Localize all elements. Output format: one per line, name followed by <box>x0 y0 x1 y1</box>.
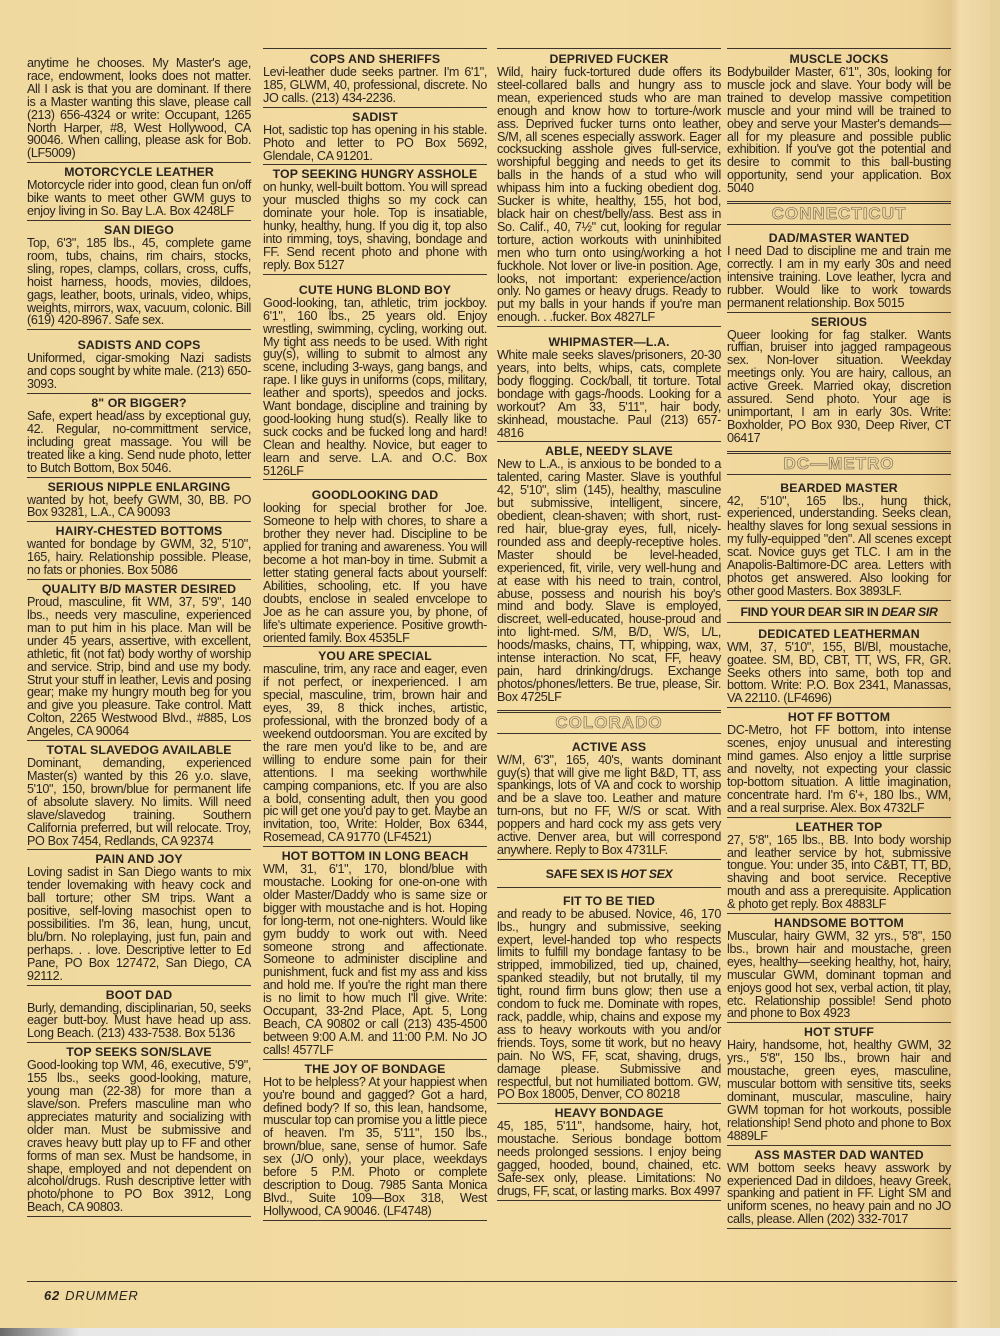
ad-title: ACTIVE ASS <box>497 741 721 754</box>
classified-ad: ACTIVE ASS W/M, 6'3", 165, 40's, wants d… <box>497 740 721 860</box>
promo-banner: SAFE SEX IS HOT SEX <box>497 862 721 888</box>
ad-body: WM bottom seeks heavy asswork by experie… <box>727 1162 951 1227</box>
classified-ad: 8" OR BIGGER? Safe, expert head/ass by e… <box>27 396 251 478</box>
ad-body: masculine, trim, any race and eager, eve… <box>263 663 487 844</box>
ad-body: Good-looking, tan, athletic, trim jockbo… <box>263 297 487 478</box>
classified-ad: HOT STUFF Hairy, handsome, hot, healthy … <box>727 1025 951 1145</box>
section-header-colorado: COLORADO <box>497 710 721 734</box>
ad-body: Hot, sadistic top has opening in his sta… <box>263 124 487 163</box>
ad-body: Queer looking for fag stalker. Wants ruf… <box>727 329 951 445</box>
classified-ad: TOP SEEKING HUNGRY ASSHOLE on hunky, wel… <box>263 167 487 274</box>
classified-ad: ASS MASTER DAD WANTED WM bottom seeks he… <box>727 1148 951 1230</box>
ad-body: 42, 5'10", 165 lbs., hung thick, experie… <box>727 495 951 598</box>
section-title: DC—METRO <box>784 454 895 473</box>
ad-body: Uniformed, cigar-smoking Nazi sadists an… <box>27 352 251 391</box>
ad-body: on hunky, well-built bottom. You will sp… <box>263 181 487 271</box>
classified-ad: QUALITY B/D MASTER DESIRED Proud, mascul… <box>27 582 251 741</box>
ad-body: Top, 6'3", 185 lbs., 45, complete game r… <box>27 237 251 327</box>
ad-body: DC-Metro, hot FF bottom, into intense sc… <box>727 724 951 814</box>
classified-ad: SADIST Hot, sadistic top has opening in … <box>263 110 487 166</box>
ad-body: W/M, 6'3", 165, 40's, wants dominant guy… <box>497 754 721 857</box>
ad-title: SERIOUS <box>727 316 951 329</box>
ad-title: LEATHER TOP <box>727 821 951 834</box>
promo-prefix: SAFE SEX IS <box>546 867 621 881</box>
ad-title: BOOT DAD <box>27 989 251 1002</box>
classified-ad: THE JOY OF BONDAGE Hot to be helpless? A… <box>263 1062 487 1221</box>
classified-ad: anytime he chooses. My Master's age, rac… <box>27 56 251 163</box>
ad-title: BEARDED MASTER <box>727 482 951 495</box>
section-title: COLORADO <box>555 713 662 732</box>
ad-body: Dominant, demanding, experienced Master(… <box>27 757 251 847</box>
ad-title: DEDICATED LEATHERMAN <box>727 628 951 641</box>
classified-ad: DEPRIVED FUCKER Wild, hairy fuck-torture… <box>497 52 721 327</box>
classified-ad: LEATHER TOP 27, 5'8", 165 lbs., BB. Into… <box>727 820 951 914</box>
classified-ad: SERIOUS NIPPLE ENLARGING wanted by hot, … <box>27 480 251 523</box>
classified-ad: HOT BOTTOM IN LONG BEACH WM, 31, 6'1", 1… <box>263 849 487 1060</box>
section-title: CONNECTICUT <box>772 204 907 223</box>
ad-body: 27, 5'8", 165 lbs., BB. Into body worshi… <box>727 834 951 911</box>
promo-prefix: FIND YOUR DEAR SIR IN <box>741 605 882 619</box>
classified-ad: TOTAL SLAVEDOG AVAILABLE Dominant, deman… <box>27 743 251 850</box>
classified-ad: WHIPMASTER—L.A. White male seeks slaves/… <box>497 335 721 442</box>
classified-ad: HAIRY-CHESTED BOTTOMS wanted for bondage… <box>27 524 251 580</box>
ad-body: Muscular, hairy GWM, 32 yrs., 5'8", 150 … <box>727 930 951 1020</box>
classified-ad: CUTE HUNG BLOND BOY Good-looking, tan, a… <box>263 283 487 481</box>
classified-ad: MOTORCYCLE LEATHER Motorcycle rider into… <box>27 165 251 221</box>
ad-body: looking for special brother for Joe. Som… <box>263 502 487 644</box>
ad-body: wanted by hot, beefy GWM, 30, BB. PO Box… <box>27 494 251 520</box>
classified-ad: HEAVY BONDAGE 45, 185, 5'11", handsome, … <box>497 1106 721 1200</box>
classified-ad: SAN DIEGO Top, 6'3", 185 lbs., 45, compl… <box>27 223 251 330</box>
ad-body: anytime he chooses. My Master's age, rac… <box>27 57 251 160</box>
classified-ad: HANDSOME BOTTOM Muscular, hairy GWM, 32 … <box>727 916 951 1023</box>
classified-ad: DAD/MASTER WANTED I need Dad to discipli… <box>727 231 951 313</box>
divider <box>727 48 951 49</box>
ad-body: WM, 31, 6'1", 170, blond/blue with moust… <box>263 863 487 1057</box>
classified-ad: COPS AND SHERIFFS Levi-leather dude seek… <box>263 52 487 108</box>
scan-edge <box>0 1328 1000 1336</box>
footer-divider <box>27 1281 957 1282</box>
ad-body: New to L.A., is anxious to be bonded to … <box>497 458 721 703</box>
classified-ad: TOP SEEKS SON/SLAVE Good-looking top WM,… <box>27 1045 251 1217</box>
ad-title: CUTE HUNG BLOND BOY <box>263 284 487 297</box>
classified-ad: MUSCLE JOCKS Bodybuilder Master, 6'1", 3… <box>727 52 951 197</box>
ad-body: Loving sadist in San Diego wants to mix … <box>27 866 251 982</box>
ad-title: FIT TO BE TIED <box>497 895 721 908</box>
classified-ad: HOT FF BOTTOM DC-Metro, hot FF bottom, i… <box>727 710 951 817</box>
section-header-dc-metro: DC—METRO <box>727 451 951 475</box>
ad-body: and ready to be abused. Novice, 46, 170 … <box>497 908 721 1102</box>
ad-title: SADIST <box>263 111 487 124</box>
ad-body: WM, 37, 5'10", 155, Bl/Bl, moustache, go… <box>727 641 951 706</box>
classified-ad: ABLE, NEEDY SLAVE New to L.A., is anxiou… <box>497 444 721 705</box>
ad-body: Wild, hairy fuck-tortured dude offers it… <box>497 66 721 324</box>
publication-name: DRUMMER <box>65 1288 138 1303</box>
classified-ad: DEDICATED LEATHERMAN WM, 37, 5'10", 155,… <box>727 627 951 709</box>
ad-body: Proud, masculine, fit WM, 37, 5'9", 140 … <box>27 596 251 738</box>
ad-body: I need Dad to discipline me and train me… <box>727 245 951 310</box>
divider <box>497 48 721 49</box>
column-3: DEPRIVED FUCKER Wild, hairy fuck-torture… <box>497 48 721 1203</box>
ad-body: 45, 185, 5'11", handsome, hairy, hot, mo… <box>497 1120 721 1197</box>
ad-body: Hot to be helpless? At your happiest whe… <box>263 1076 487 1218</box>
ad-body: Hairy, handsome, hot, healthy GWM, 32 yr… <box>727 1039 951 1142</box>
ad-body: Safe, expert head/ass by exceptional guy… <box>27 410 251 475</box>
classified-ad: BOOT DAD Burly, demanding, disciplinaria… <box>27 988 251 1044</box>
promo-emphasis: DEAR SIR <box>882 605 938 619</box>
classified-ad: SADISTS AND COPS Uniformed, cigar-smokin… <box>27 338 251 394</box>
classified-ad: YOU ARE SPECIAL masculine, trim, any rac… <box>263 649 487 847</box>
page-number: 62 <box>44 1288 60 1303</box>
classified-ad: FIT TO BE TIED and ready to be abused. N… <box>497 894 721 1105</box>
divider <box>263 48 487 49</box>
column-2: COPS AND SHERIFFS Levi-leather dude seek… <box>263 48 487 1223</box>
ad-body: wanted for bondage by GWM, 32, 5'10", 16… <box>27 538 251 577</box>
ad-body: White male seeks slaves/prisoners, 20-30… <box>497 349 721 439</box>
classified-ad: BEARDED MASTER 42, 5'10", 165 lbs., hung… <box>727 481 951 601</box>
magazine-page: anytime he chooses. My Master's age, rac… <box>0 0 990 1328</box>
ad-title: ASS MASTER DAD WANTED <box>727 1149 951 1162</box>
ad-body: Burly, demanding, disciplinarian, 50, se… <box>27 1002 251 1041</box>
ad-body: Bodybuilder Master, 6'1", 30s, looking f… <box>727 66 951 195</box>
ad-body: Good-looking top WM, 46, executive, 5'9"… <box>27 1059 251 1214</box>
ad-body: Levi-leather dude seeks partner. I'm 6'1… <box>263 66 487 105</box>
ad-body: Motorcycle rider into good, clean fun on… <box>27 179 251 218</box>
promo-banner: FIND YOUR DEAR SIR IN DEAR SIR <box>727 603 951 623</box>
promo-emphasis: HOT SEX <box>621 867 673 881</box>
ad-title: SERIOUS NIPPLE ENLARGING <box>27 481 251 494</box>
classified-ad: SERIOUS Queer looking for fag stalker. W… <box>727 315 951 447</box>
section-header-connecticut: CONNECTICUT <box>727 201 951 225</box>
column-1: anytime he chooses. My Master's age, rac… <box>27 56 251 1219</box>
classified-ad: PAIN AND JOY Loving sadist in San Diego … <box>27 852 251 985</box>
classified-ad: GOODLOOKING DAD looking for special brot… <box>263 488 487 647</box>
ad-title: THE JOY OF BONDAGE <box>263 1063 487 1076</box>
page-footer: 62DRUMMER <box>44 1288 139 1303</box>
column-4: MUSCLE JOCKS Bodybuilder Master, 6'1", 3… <box>727 48 951 1231</box>
